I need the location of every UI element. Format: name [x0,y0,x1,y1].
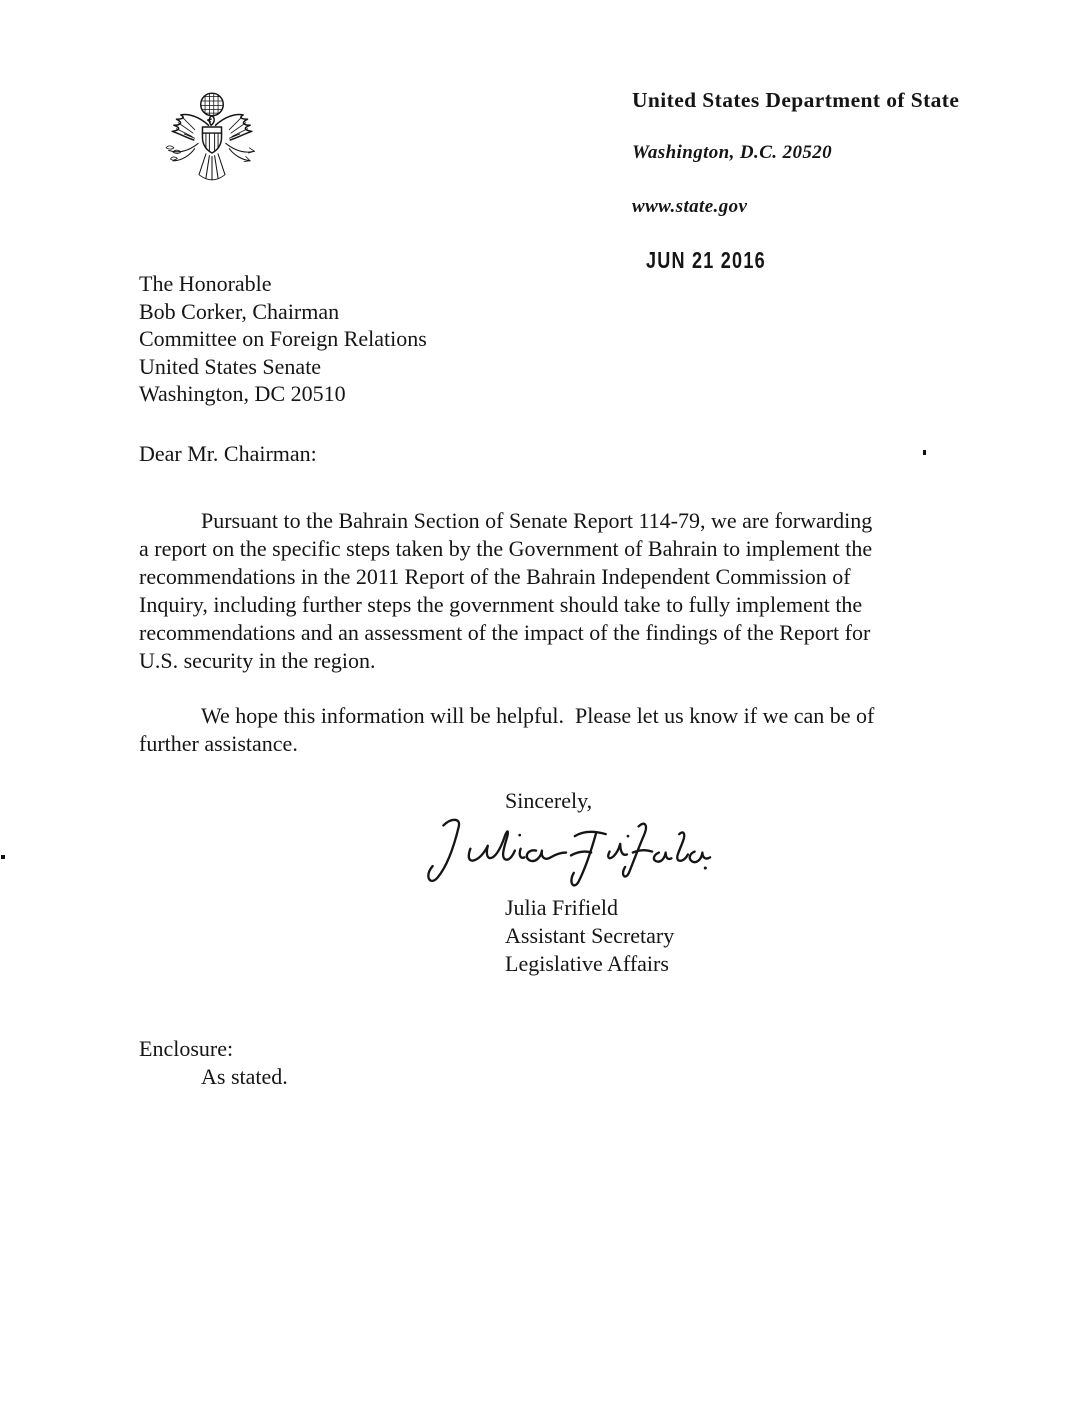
signer-name-title-block: Julia Frifield Assistant Secretary Legis… [505,894,674,978]
body-paragraph-1: Pursuant to the Bahrain Section of Senat… [139,507,984,674]
body-paragraph-2: We hope this information will be helpful… [139,702,984,758]
enclosure-value: As stated. [201,1064,288,1090]
state-department-seal-icon [160,86,264,194]
received-date-stamp: JUN 21 2016 [646,247,766,274]
letterhead-city: Washington, D.C. 20520 [632,142,832,164]
salutation: Dear Mr. Chairman: [139,441,317,467]
letterhead-website: www.state.gov [632,196,747,218]
letterhead-agency-name: United States Department of State [632,88,959,113]
enclosure-label: Enclosure: [139,1036,233,1062]
letter-page: United States Department of State Washin… [0,0,1088,1408]
handwritten-signature-julia-frifield [424,810,714,890]
scan-artifact-dot [923,450,926,455]
scan-artifact-dot [1,855,5,859]
recipient-address-block: The Honorable Bob Corker, Chairman Commi… [139,270,427,408]
